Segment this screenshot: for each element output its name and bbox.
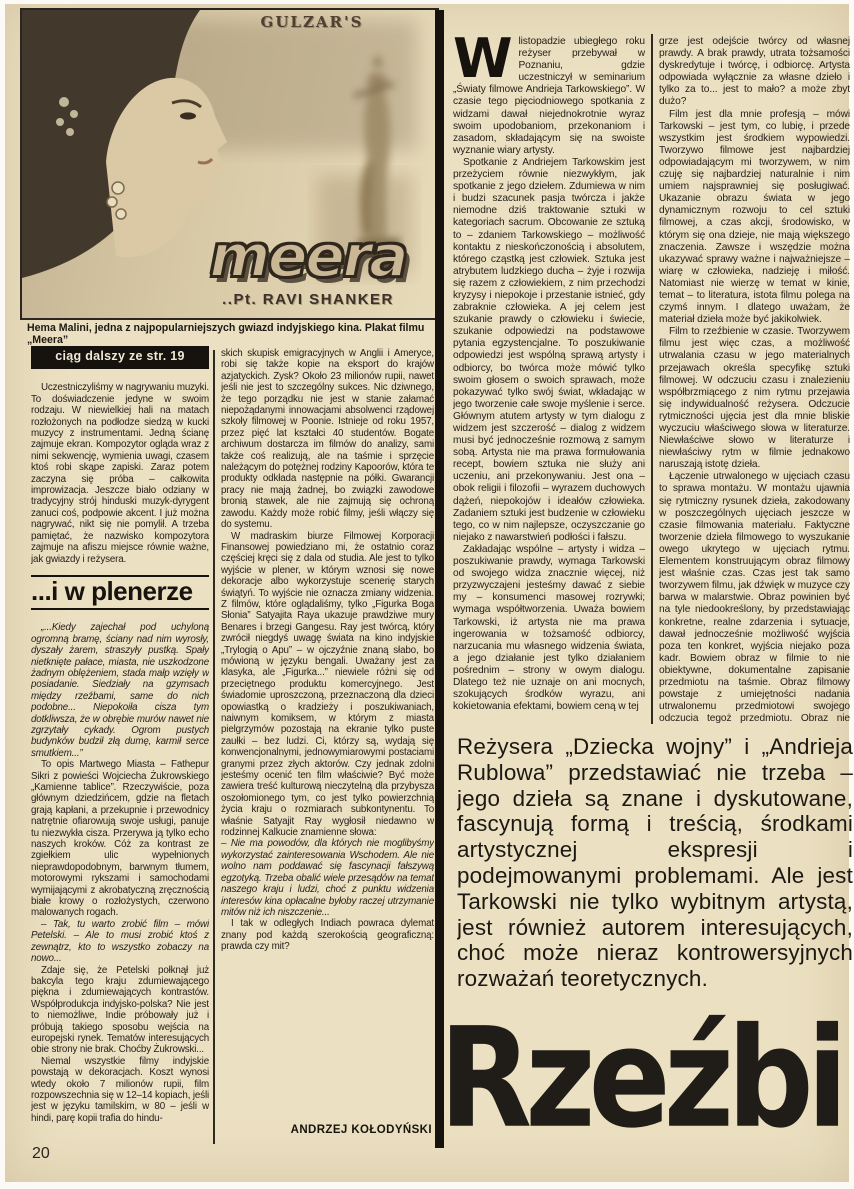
article-paragraph-dialogue: – Tak, tu warto zrobić film – mówi Petel…: [31, 919, 209, 965]
continuation-header: ciąg dalszy ze str. 19: [31, 346, 209, 369]
left-column: ciąg dalszy ze str. 19 Uczestniczyliśmy …: [31, 346, 209, 1146]
column-divider: [213, 350, 215, 1144]
page-number: 20: [32, 1145, 50, 1163]
article-headline: Rzeźbi: [439, 1006, 854, 1151]
article-paragraph: grze jest odejście twórcy od własnej pra…: [659, 36, 850, 109]
photo-caption: Hema Malini, jedna z najpopularniejszych…: [27, 322, 435, 346]
author-byline: ANDRZEJ KOŁODYŃSKI: [291, 1125, 432, 1136]
section-header: ...i w plenerze: [31, 575, 209, 610]
drop-cap: W: [453, 36, 518, 80]
vertical-black-bar: [435, 10, 444, 1148]
tarkowski-column-2: grze jest odejście twórcy od własnej pra…: [659, 36, 850, 724]
pull-quote: Reżysera „Dziecka wojny” i „Andrieja Rub…: [457, 734, 853, 1022]
article-paragraph: Wlistopadzie ubiegłego roku reżyser prze…: [453, 36, 645, 157]
article-paragraph: Spotkanie z Andriejem Tarkowskim jest pr…: [453, 157, 645, 544]
poster-photo: GULZAR'S meera ..Pt. RAVI SHANKER: [20, 8, 439, 320]
article-paragraph: Uczestniczyliśmy w nagrywaniu muzyki. To…: [31, 382, 209, 565]
eye: [180, 112, 196, 119]
magazine-page: GULZAR'S meera ..Pt. RAVI SHANKER Hema M…: [5, 4, 849, 1182]
tarkowski-column-1: Wlistopadzie ubiegłego roku reżyser prze…: [453, 36, 645, 724]
article-paragraph: Łączenie utrwalonego w ujęciach czasu to…: [659, 471, 850, 724]
article-paragraph: Film jest dla mnie profesją – mówi Tarko…: [659, 109, 850, 327]
article-paragraph: Zdaje się, że Petelski połknął już bakcy…: [31, 965, 209, 1056]
article-paragraph: W madraskim biurze Filmowej Korporacji F…: [221, 531, 434, 839]
article-paragraph: Zakładając wspólne – artysty i widza – p…: [453, 544, 645, 713]
article-paragraph-quote: – Nie ma powodów, dla których nie moglib…: [221, 838, 434, 918]
column-divider: [651, 34, 653, 724]
article-paragraph: To opis Martwego Miasta – Fathepur Sikri…: [31, 759, 209, 919]
article-paragraph: I tak w odległych Indiach powraca dylema…: [221, 918, 434, 952]
article-paragraph-quote: „...Kiedy zajechał pod uchyloną ogromną …: [31, 622, 209, 759]
article-paragraph: Niemal wszystkie filmy indyjskie powstaj…: [31, 1056, 209, 1124]
article-paragraph: Film to rzeźbienie w czasie. Tworzywem f…: [659, 326, 850, 471]
article-paragraph: skich skupisk emigracyjnych w Anglii i A…: [221, 348, 434, 531]
middle-column: skich skupisk emigracyjnych w Anglii i A…: [221, 348, 434, 1144]
poster-title-logo: meera: [180, 222, 436, 290]
poster-brand: GULZAR'S: [247, 13, 377, 31]
poster-credit: ..Pt. RAVI SHANKER: [180, 291, 436, 308]
